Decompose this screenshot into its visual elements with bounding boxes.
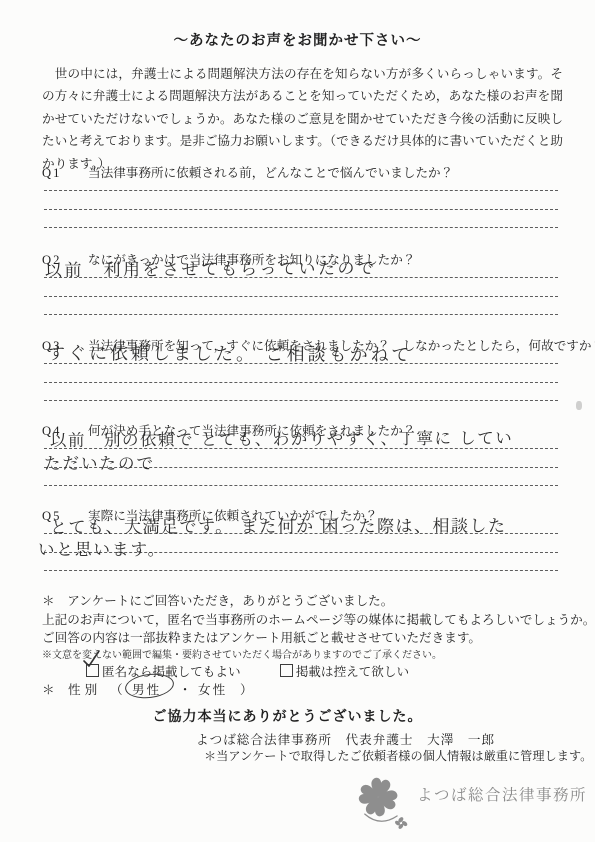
answer-line (44, 209, 558, 210)
answer-line (44, 382, 558, 383)
question-id: Q1 (42, 166, 88, 181)
gender-bullet: ＊ (42, 679, 68, 698)
handwritten-answer-q4-line1: 以前 別の依頼で とても、わかりやすく、丁寧に してい (50, 425, 513, 451)
answer-line (44, 485, 558, 486)
mini-clover-icon (394, 816, 408, 830)
checkbox-no-publish (280, 664, 293, 677)
question-text: 当法律事務所に依頼される前，どんなことで悩んでいましたか？ (88, 166, 453, 180)
handwritten-answer-q4-line2: ただいたので (44, 450, 155, 474)
page-title: ～あなたのお声をお聞かせ下さい～ (0, 29, 595, 50)
handwritten-checkmark-icon (81, 649, 103, 669)
intro-paragraph: 世の中には，弁護士による問題解決方法の存在を知らない方が多くいらっしゃいます。そ… (42, 63, 563, 175)
footer-privacy-note: ＊当アンケートで取得したご依頼者様の個人情報は厳重に管理します。 (204, 747, 592, 764)
answer-line (44, 570, 558, 571)
gender-label: 性別 (68, 679, 110, 698)
footer-thanks: ご協力本当にありがとうございました。 (0, 706, 585, 726)
question-block-q1: Q1当法律事務所に依頼される前，どんなことで悩んでいましたか？ (42, 162, 560, 234)
checkbox-no-publish-label: 掲載は控えて欲しい (296, 665, 409, 679)
answer-line (44, 296, 558, 297)
handwritten-answer-q2: 以前 利用をさせてもらっていたので (45, 254, 377, 281)
survey-document: ～あなたのお声をお聞かせ下さい～ 世の中には，弁護士による問題解決方法の存在を知… (0, 0, 595, 842)
scan-artifact (576, 401, 582, 410)
clover-logo-icon (344, 764, 416, 832)
gender-separator: ・ (172, 679, 198, 698)
answer-line (44, 314, 558, 315)
handwritten-answer-q3: すぐに依頼しました。 ご相談もかねて (47, 339, 412, 367)
checkbox-option-no-publish: 掲載は控えて欲しい (280, 661, 409, 680)
logo-text: よつば総合法律事務所 (417, 783, 587, 805)
gender-paren-close: ） (240, 679, 253, 698)
closing-thanks-line: ＊ アンケートにご回答いただき，ありがとうございました。 (42, 590, 393, 609)
closing-publish-detail: ご回答の内容は一部抜粋またはアンケート用紙ごと載せさせていただきます。 (42, 627, 481, 646)
handwritten-answer-q5-line2: いと思います。 (38, 536, 166, 560)
closing-publish-question: 上記のお声について，匿名で当事務所のホームページ等の媒体に掲載してもよろしいでし… (42, 609, 595, 628)
checkbox-anonymous-ok-label: 匿名なら掲載してもよい (102, 665, 241, 679)
question-q1: Q1当法律事務所に依頼される前，どんなことで悩んでいましたか？ (42, 162, 453, 181)
footer-signature: よつば総合法律事務所 代表弁護士 大澤 一郎 (196, 729, 495, 748)
answer-line (44, 190, 558, 191)
gender-option-female: 女性 (198, 679, 240, 698)
answer-line (44, 400, 558, 401)
answer-line (44, 227, 558, 228)
handwritten-answer-q5-line1: とても、大満足です。 また何か 困った際は、相談した (50, 511, 507, 538)
